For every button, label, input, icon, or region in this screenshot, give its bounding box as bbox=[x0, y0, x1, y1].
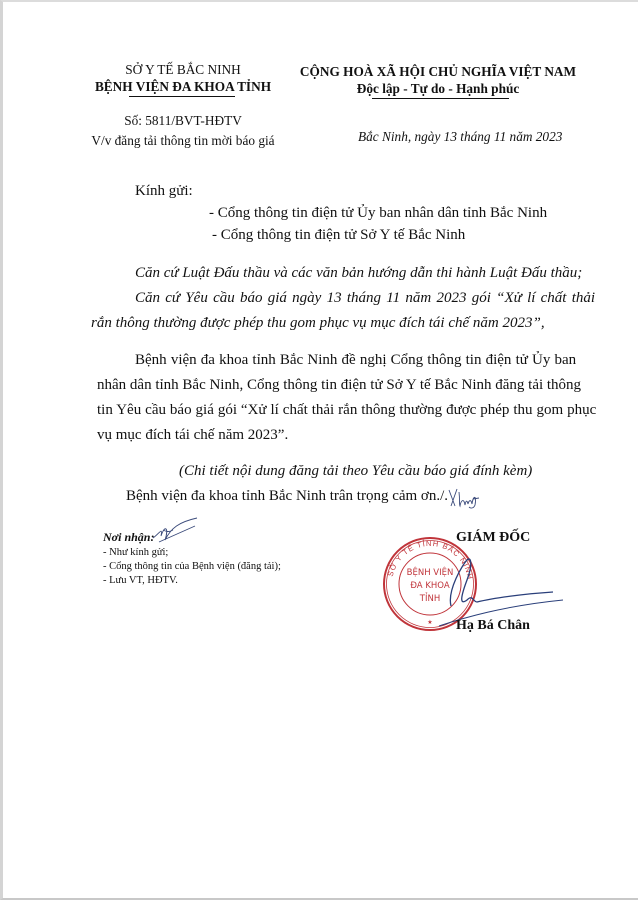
body-line: vụ mục đích tái chế năm 2023”. bbox=[97, 427, 288, 444]
recipient-item: - Như kính gửi; bbox=[103, 546, 168, 559]
national-title: CỘNG HOÀ XÃ HỘI CHỦ NGHĨA VIỆT NAM bbox=[283, 64, 593, 80]
motto-pre: Độc bbox=[357, 81, 382, 96]
document-number: Số: 5811/BVT-HĐTV bbox=[83, 113, 283, 129]
hospital-name: BỆNH VIỆN ĐA KHOA TỈNH bbox=[83, 79, 283, 95]
motto-underlined: lập - Tự do - Hạnh phúc bbox=[382, 81, 519, 96]
hospital-name-pre: BỆNH bbox=[95, 79, 136, 94]
national-motto: Độc lập - Tự do - Hạnh phúc bbox=[283, 81, 593, 97]
attachment-note: (Chi tiết nội dung đăng tải theo Yêu cầu… bbox=[179, 463, 532, 480]
closing-line: Bệnh viện đa khoa tỉnh Bắc Ninh trân trọ… bbox=[126, 488, 448, 505]
recipient-item: - Lưu VT, HĐTV. bbox=[103, 574, 178, 587]
initial-signature-icon bbox=[447, 486, 483, 510]
recipient-item: - Cổng thông tin của Bệnh viện (đăng tải… bbox=[103, 560, 281, 573]
place-date: Bắc Ninh, ngày 13 tháng 11 năm 2023 bbox=[358, 129, 562, 145]
addressee-item: - Cổng thông tin điện tử Ủy ban nhân dân… bbox=[209, 205, 547, 222]
legal-basis-line: Căn cứ Luật Đấu thầu và các văn bản hướn… bbox=[135, 265, 582, 282]
signatory-name: Hạ Bá Chân bbox=[456, 618, 530, 634]
legal-basis-line: Căn cứ Yêu cầu báo giá ngày 13 tháng 11 … bbox=[135, 290, 595, 307]
signatory-title: GIÁM ĐỐC bbox=[456, 530, 530, 546]
recipients-label: Nơi nhận: bbox=[103, 530, 154, 545]
body-line: nhân dân tỉnh Bắc Ninh, Cổng thông tin đ… bbox=[97, 377, 581, 394]
addressee-label: Kính gửi: bbox=[135, 183, 193, 200]
legal-basis-line: rắn thông thường được phép thu gom phục … bbox=[91, 315, 545, 332]
addressee-item: - Cổng thông tin điện tử Sở Y tế Bắc Nin… bbox=[212, 227, 465, 244]
recipients-signature-icon bbox=[149, 516, 199, 546]
hospital-name-underlined: VIỆN ĐA KHOA bbox=[136, 79, 234, 94]
body-line: Bệnh viện đa khoa tỉnh Bắc Ninh đề nghị … bbox=[135, 352, 576, 369]
document-subject: V/v đăng tải thông tin mời báo giá bbox=[83, 133, 283, 149]
svg-text:★: ★ bbox=[427, 619, 432, 626]
hospital-name-post: TỈNH bbox=[234, 79, 271, 94]
hospital-underline bbox=[129, 96, 235, 97]
body-line: tin Yêu cầu báo giá gói “Xử lí chất thải… bbox=[97, 402, 596, 419]
motto-underline bbox=[372, 98, 509, 99]
document-page: SỞ Y TẾ BẮC NINH BỆNH VIỆN ĐA KHOA TỈNH … bbox=[0, 0, 638, 900]
agency-name: SỞ Y TẾ BẮC NINH bbox=[83, 62, 283, 78]
